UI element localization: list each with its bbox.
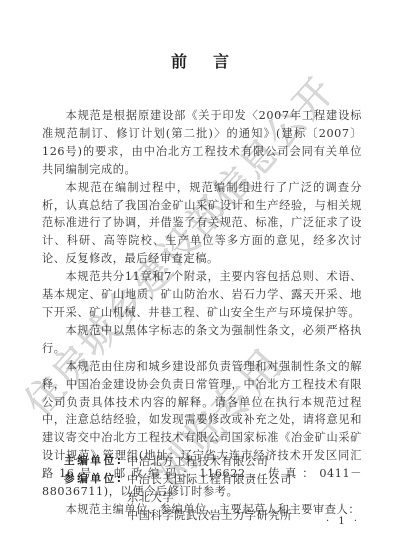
participating-unit-value: 东北大学 (127, 489, 292, 507)
page-number: · 1 · (326, 516, 360, 527)
participating-unit-values: 中冶长天国际工程有限责任公司 东北大学 中国科学院武汉岩土力学研究所 (127, 471, 292, 525)
page-title: 前言 (0, 49, 400, 72)
chief-unit-value: 中冶北方工程技术有限公司 (127, 453, 268, 471)
chief-unit-row: 主编单位: 中冶北方工程技术有限公司 (64, 453, 364, 471)
participating-unit-value: 中冶长天国际工程有限责任公司 (127, 471, 292, 489)
participating-unit-value: 中国科学院武汉岩土力学研究所 (127, 507, 292, 525)
paragraph-mandatory: 本规范中以黑体字标志的条文为强制性条文，必须严格执行。 (42, 322, 362, 358)
chief-unit-label: 主编单位: (64, 453, 127, 471)
document-page: 住房城乡建设部信息公开 浏览专用 前言 本规范是根据原建设部《关于印发〈2007… (0, 0, 400, 552)
paragraph-process: 本规范在编制过程中，规范编制组进行了广泛的调查分析，认真总结了我国冶金矿山采矿设… (42, 179, 362, 269)
chief-unit-values: 中冶北方工程技术有限公司 (127, 453, 268, 471)
paragraph-origin: 本规范是根据原建设部《关于印发〈2007年工程建设标准规范制订、修订计划(第二批… (42, 107, 362, 179)
drafting-units: 主编单位: 中冶北方工程技术有限公司 参编单位: 中冶长天国际工程有限责任公司 … (64, 453, 364, 525)
participating-unit-row: 参编单位: 中冶长天国际工程有限责任公司 东北大学 中国科学院武汉岩土力学研究所 (64, 471, 364, 525)
paragraph-contents: 本规范共分11章和7个附录，主要内容包括总则、术语、基本规定、矿山地质、矿山防治… (42, 268, 362, 322)
participating-unit-label: 参编单位: (64, 471, 127, 525)
